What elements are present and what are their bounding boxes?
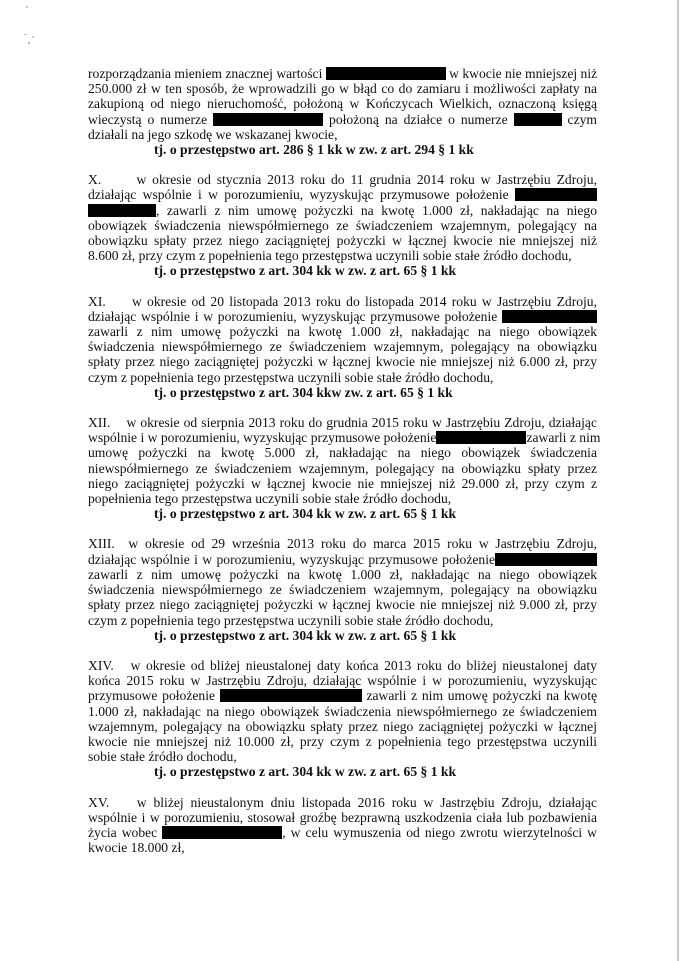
text-segment: świadczenia niewspółmiernego ze świadcze…: [88, 582, 597, 597]
text-line: obowiązku spłaty przez niego zaciągnięte…: [88, 233, 597, 248]
text-segment: popełnienia tego przestępstwa uczynili s…: [88, 491, 451, 506]
text-segment: zawarli z nim umowę pożyczki na kwotę 1.…: [88, 324, 597, 339]
text-line: rozporządzania mieniem znacznej wartości…: [88, 66, 597, 81]
text-line: przymusowe położenie zawarli z nim umowę…: [88, 688, 597, 703]
redaction-box: [436, 431, 526, 444]
text-line: 250.000 zł w ten sposób, że wprowadzili …: [88, 81, 597, 96]
paragraph-xv: XV. w bliżej nieustalonym dniu listopada…: [88, 795, 597, 856]
text-line: zawarli z nim umowę pożyczki na kwotę 1.…: [88, 324, 597, 339]
text-segment: XIV. w okresie od bliżej nieustalonej da…: [88, 658, 597, 673]
paragraph-gap: [88, 400, 597, 415]
text-segment: działając wspólnie i w porozumieniu, wyz…: [88, 309, 502, 324]
charge-statement: tj. o przestępstwo art. 286 § 1 kk w zw.…: [88, 142, 597, 157]
text-segment: umowę pożyczki na kwotę 5.000 zł, nakład…: [88, 445, 597, 460]
text-segment: działali na jego szkodę we wskazanej kwo…: [88, 127, 338, 142]
text-segment: XII. w okresie od sierpnia 2013 roku do …: [88, 415, 597, 430]
text-segment: rozporządzania mieniem znacznej wartości: [88, 66, 326, 81]
text-segment: obowiązek świadczenia niewspółmiernego z…: [88, 218, 597, 233]
text-line: działając wspólnie i w porozumieniu, wyz…: [88, 309, 597, 324]
text-line: XI. w okresie od 20 listopada 2013 roku …: [88, 294, 597, 309]
text-line: zawarli z nim umowę pożyczki na kwotę 1.…: [88, 567, 597, 582]
text-segment: X. w okresie od stycznia 2013 roku do 11…: [88, 172, 597, 187]
text-segment: spłaty przez niego zaciągniętej pożyczki…: [88, 354, 597, 369]
paragraph-gap: [88, 643, 597, 658]
paragraph-gap: [88, 157, 597, 172]
text-line: , zawarli z nim umowę pożyczki na kwotę …: [88, 203, 597, 218]
paragraph-xiii: XIII. w okresie od 29 września 2013 roku…: [88, 536, 597, 627]
text-line: sobie stałe źródło dochodu,: [88, 749, 597, 764]
text-line: XIII. w okresie od 29 września 2013 roku…: [88, 536, 597, 551]
redaction-box: [502, 310, 597, 323]
document-page: rozporządzania mieniem znacznej wartości…: [0, 0, 679, 961]
paragraph-xii: XII. w okresie od sierpnia 2013 roku do …: [88, 415, 597, 506]
text-segment: obowiązku spłaty przez niego zaciągnięte…: [88, 233, 597, 248]
text-line: kwocie 18.000 zł,: [88, 840, 597, 855]
text-segment: niego zaciągniętej pożyczki w łącznej kw…: [88, 476, 597, 491]
text-line: działając wspólnie i w porozumieniu, wyz…: [88, 187, 597, 202]
text-line: wieczystą o numerze położoną na działce …: [88, 112, 597, 127]
redaction-box: [162, 826, 282, 839]
paragraph-xiv: XIV. w okresie od bliżej nieustalonej da…: [88, 658, 597, 764]
text-segment: niewspółmiernego ze świadczeniem wzajemn…: [88, 461, 597, 476]
redaction-box: [220, 689, 362, 702]
charge-statement: tj. o przestępstwo z art. 304 kk w zw. z…: [88, 506, 597, 521]
redaction-box: [213, 113, 323, 126]
text-segment: przymusowe położenie: [88, 688, 220, 703]
text-line: życia wobec , w celu wymuszenia od niego…: [88, 825, 597, 840]
text-line: świadczenia niewspółmiernego ze świadcze…: [88, 339, 597, 354]
text-segment: zawarli z nim: [526, 430, 600, 445]
text-segment: , zawarli z nim umowę pożyczki na kwotę …: [156, 203, 597, 218]
redaction-box: [514, 113, 562, 126]
paragraph-gap: [88, 780, 597, 795]
text-line: umowę pożyczki na kwotę 5.000 zł, nakład…: [88, 445, 597, 460]
text-segment: wieczystą o numerze: [88, 112, 213, 127]
text-line: 8.600 zł, przy czym z popełnienia tego p…: [88, 248, 597, 263]
text-segment: zakupioną od niego nieruchomość, położon…: [88, 96, 597, 111]
text-segment: świadczenia niewspółmiernego ze świadcze…: [88, 339, 597, 354]
text-line: spłaty przez niego zaciągniętej pożyczki…: [88, 597, 597, 612]
text-segment: kwocie nie mniejszej niż 10.000 zł, przy…: [88, 734, 597, 749]
text-line: czym z popełnienia tego przestępstwa ucz…: [88, 613, 597, 628]
text-segment: zawarli z nim umowę pożyczki na kwotę: [362, 688, 597, 703]
text-segment: XIII. w okresie od 29 września 2013 roku…: [88, 536, 597, 551]
text-line: działając wspólnie i w porozumieniu, wyz…: [88, 552, 597, 567]
text-line: wspólnie i w porozumieniu, wyzyskując pr…: [88, 430, 597, 445]
text-line: kwocie nie mniejszej niż 10.000 zł, przy…: [88, 734, 597, 749]
text-segment: 250.000 zł w ten sposób, że wprowadzili …: [88, 81, 597, 96]
redaction-box: [495, 553, 597, 566]
text-line: działali na jego szkodę we wskazanej kwo…: [88, 127, 597, 142]
text-line: zakupioną od niego nieruchomość, położon…: [88, 96, 597, 111]
paragraph-gap: [88, 521, 597, 536]
text-line: niewspółmiernego ze świadczeniem wzajemn…: [88, 461, 597, 476]
paragraph-xi: XI. w okresie od 20 listopada 2013 roku …: [88, 294, 597, 385]
redaction-box: [326, 67, 446, 80]
text-segment: spłaty przez niego zaciągniętej pożyczki…: [88, 597, 597, 612]
text-segment: sobie stałe źródło dochodu,: [88, 749, 237, 764]
text-segment: działając wspólnie i w porozumieniu, wyz…: [88, 187, 515, 202]
scan-specks: [22, 4, 62, 44]
text-segment: XV. w bliżej nieustalonym dniu listopada…: [88, 795, 597, 810]
text-segment: wspólnie i w porozumieniu, stosował groź…: [88, 810, 597, 825]
text-segment: zawarli z nim umowę pożyczki na kwotę 1.…: [88, 567, 597, 582]
text-line: XV. w bliżej nieustalonym dniu listopada…: [88, 795, 597, 810]
text-segment: 1.000 zł, nakładając na niego obowiązek …: [88, 704, 597, 719]
text-segment: kwocie 18.000 zł,: [88, 840, 185, 855]
text-segment: 8.600 zł, przy czym z popełnienia tego p…: [88, 248, 572, 263]
text-segment: czym z popełnienia tego przestępstwa ucz…: [88, 370, 493, 385]
text-line: wspólnie i w porozumieniu, stosował groź…: [88, 810, 597, 825]
text-segment: położoną na działce o numerze: [323, 112, 514, 127]
paragraph-ix-cont: rozporządzania mieniem znacznej wartości…: [88, 66, 597, 142]
charge-statement: tj. o przestępstwo z art. 304 kk w zw. z…: [88, 628, 597, 643]
charge-statement: tj. o przestępstwo z art. 304 kk w zw. z…: [88, 764, 597, 779]
text-segment: w kwocie nie mniejszej niż: [446, 66, 597, 81]
text-segment: , w celu wymuszenia od niego zwrotu wier…: [282, 825, 597, 840]
redaction-box: [515, 188, 597, 201]
text-segment: czym z popełnienia tego przestępstwa ucz…: [88, 613, 493, 628]
text-segment: działając wspólnie i w porozumieniu, wyz…: [88, 552, 495, 567]
text-line: obowiązek świadczenia niewspółmiernego z…: [88, 218, 597, 233]
text-segment: wzajemnym, polegający na obowiązku spłat…: [88, 719, 597, 734]
text-segment: życia wobec: [88, 825, 162, 840]
paragraph-gap: [88, 279, 597, 294]
text-line: czym z popełnienia tego przestępstwa ucz…: [88, 370, 597, 385]
text-segment: wspólnie i w porozumieniu, wyzyskując pr…: [88, 430, 436, 445]
text-segment: czym: [562, 112, 597, 127]
text-segment: końca 2015 roku w Jastrzębiu Zdroju, dzi…: [88, 673, 597, 688]
text-line: XII. w okresie od sierpnia 2013 roku do …: [88, 415, 597, 430]
text-line: spłaty przez niego zaciągniętej pożyczki…: [88, 354, 597, 369]
text-line: końca 2015 roku w Jastrzębiu Zdroju, dzi…: [88, 673, 597, 688]
text-line: popełnienia tego przestępstwa uczynili s…: [88, 491, 597, 506]
text-line: wzajemnym, polegający na obowiązku spłat…: [88, 719, 597, 734]
charge-statement: tj. o przestępstwo z art. 304 kkw zw. z …: [88, 385, 597, 400]
text-line: X. w okresie od stycznia 2013 roku do 11…: [88, 172, 597, 187]
redaction-box: [88, 204, 156, 217]
text-line: niego zaciągniętej pożyczki w łącznej kw…: [88, 476, 597, 491]
text-line: XIV. w okresie od bliżej nieustalonej da…: [88, 658, 597, 673]
text-line: 1.000 zł, nakładając na niego obowiązek …: [88, 704, 597, 719]
charge-statement: tj. o przestępstwo z art. 304 kk w zw. z…: [88, 263, 597, 278]
document-body: rozporządzania mieniem znacznej wartości…: [88, 66, 597, 855]
paragraph-x: X. w okresie od stycznia 2013 roku do 11…: [88, 172, 597, 263]
text-line: świadczenia niewspółmiernego ze świadcze…: [88, 582, 597, 597]
text-segment: XI. w okresie od 20 listopada 2013 roku …: [88, 294, 597, 309]
